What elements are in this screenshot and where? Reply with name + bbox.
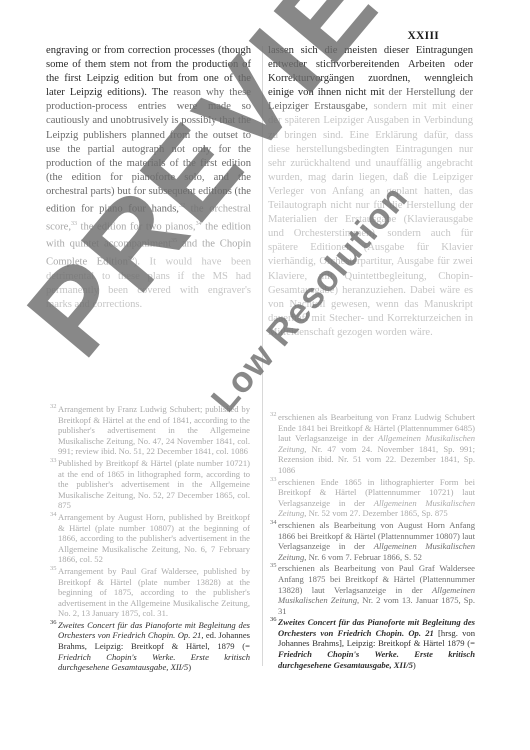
- right-column-german: lassen sich die meisten dieser Eintragun…: [268, 44, 473, 340]
- footnote-text: Published by Breitkopf & Härtel (plate n…: [58, 458, 250, 510]
- text-segment: the edition for two pianos,: [77, 221, 196, 232]
- footnote: 33 Published by Breitkopf & Härtel (plat…: [50, 458, 250, 511]
- footnote-number: 34: [270, 518, 277, 529]
- footnote-number: 34: [50, 510, 57, 521]
- body-paragraph: engraving or from correction processes (…: [46, 44, 251, 312]
- footnote-number: 33: [50, 456, 57, 467]
- footnote: 36 Zweites Concert für das Pianoforte mi…: [270, 617, 475, 670]
- text-segment: reason why these production-process entr…: [46, 87, 251, 214]
- document-page: XXIII engraving or from correction proce…: [0, 0, 530, 750]
- footnote-text: Arrangement by Franz Ludwig Schubert; pu…: [58, 404, 250, 456]
- footnote: 33 erschienen Ende 1865 in lithographier…: [270, 477, 475, 519]
- footnote-number: 35: [270, 561, 277, 572]
- page-number: XXIII: [407, 30, 439, 42]
- left-column-english: engraving or from correction processes (…: [46, 44, 251, 312]
- footnote: 32 Arrangement by Franz Ludwig Schubert;…: [50, 404, 250, 457]
- footnote-number: 35: [50, 564, 57, 575]
- text-segment: sondern mit mit einer der späteren Leipz…: [268, 101, 473, 338]
- column-divider: [262, 46, 263, 666]
- footnote-text: ): [413, 660, 416, 670]
- footnotes-english: 32 Arrangement by Franz Ludwig Schubert;…: [50, 404, 250, 674]
- footnote: 32 erschienen als Bearbeitung von Franz …: [270, 412, 475, 476]
- footnote-number: 32: [50, 402, 57, 413]
- body-paragraph: lassen sich die meisten dieser Eintragun…: [268, 44, 473, 340]
- footnote-number: 33: [270, 475, 277, 486]
- footnote: 35 Arrangement by Paul Graf Waldersee, p…: [50, 566, 250, 619]
- footnote-text-italic: Friedrich Chopin's Werke. Erste kritisch…: [58, 652, 250, 673]
- footnote-text: Arrangement by Paul Graf Waldersee, publ…: [58, 566, 250, 618]
- footnote-text: , Nr. 6 vom 7. Februar 1866, S. 52: [304, 552, 422, 562]
- footnote-number: 36: [50, 618, 57, 629]
- footnote-text: , Nr. 52 vom 27. Dezember 1865, Sp. 875: [304, 508, 447, 518]
- footnote-number: 36: [270, 615, 277, 626]
- footnote-text: , Nr. 47 vom 24. November 1841, Sp. 991;…: [278, 444, 475, 475]
- footnote: 35 erschienen als Bearbeitung von Paul G…: [270, 563, 475, 616]
- footnote: 36 Zweites Concert für das Pianoforte mi…: [50, 620, 250, 673]
- footnote-text: Arrangement by August Horn, published by…: [58, 512, 250, 564]
- footnote: 34 erschienen als Bearbeitung von August…: [270, 520, 475, 562]
- footnotes-german: 32 erschienen als Bearbeitung von Franz …: [270, 412, 475, 671]
- footnote-number: 32: [270, 410, 277, 421]
- footnote-text-italic: Friedrich Chopin's Werke. Erste kritisch…: [278, 649, 475, 670]
- footnote: 34 Arrangement by August Horn, published…: [50, 512, 250, 565]
- footnote-text: ): [188, 662, 191, 672]
